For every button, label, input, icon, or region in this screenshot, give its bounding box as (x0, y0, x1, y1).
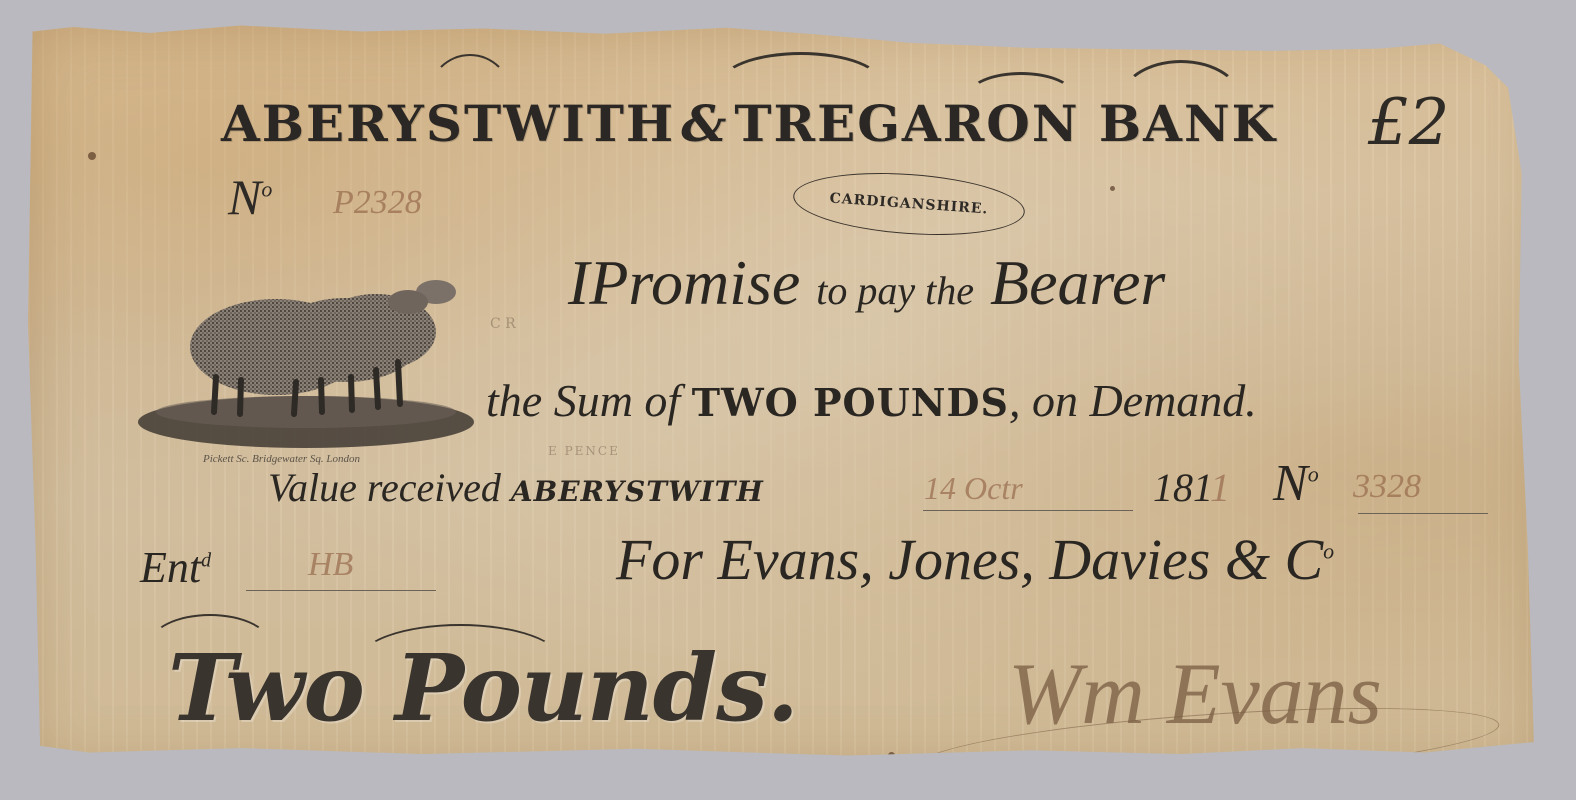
stain (888, 752, 895, 759)
promise-line: IPromise to pay the Bearer (568, 246, 1165, 320)
sheep-vignette (136, 262, 476, 452)
bank-name: ABERYSTWITH&TREGARON BANK (221, 94, 1277, 153)
entered-label: Entd (140, 542, 211, 593)
sum-suffix: , on Demand. (1009, 375, 1257, 426)
promise-prefix: I (568, 247, 589, 318)
value-received-line: Value received ABERYSTWITH (268, 464, 764, 511)
promise-rest: to pay the (816, 268, 974, 313)
value-place: ABERYSTWITH (511, 475, 764, 508)
stain (1513, 104, 1522, 113)
entered-initials: HB (308, 546, 353, 584)
stain (88, 152, 96, 160)
serial-label: No (228, 168, 272, 226)
promise-bearer: Bearer (990, 247, 1165, 318)
value-prefix: Value received (268, 465, 501, 510)
sum-prefix: the Sum of (486, 375, 680, 426)
issue-year: 1811 (1153, 464, 1230, 511)
denomination: £2 (1368, 86, 1449, 160)
banknote: ABERYSTWITH&TREGARON BANK £2 CARDIGANSHI… (28, 24, 1546, 772)
ampersand: & (681, 94, 728, 153)
sum-line: the Sum of TWO POUNDS, on Demand. (486, 374, 1257, 427)
county-cartouche: CARDIGANSHIRE. (791, 166, 1027, 242)
number-handwritten-2: 3328 (1353, 468, 1421, 506)
bank-name-part2: TREGARON BANK (734, 94, 1277, 153)
number-label-2: No (1273, 454, 1319, 513)
watermark-faint-2: E PENCE (548, 444, 620, 458)
ornamental-amount: Two Pounds. (168, 634, 798, 742)
county-name: CARDIGANSHIRE. (829, 190, 989, 217)
issue-date: 14 Octr (924, 470, 1023, 507)
bank-name-part1: ABERYSTWITH (221, 94, 675, 153)
sum-amount: TWO POUNDS (692, 380, 1009, 425)
firm-line: For Evans, Jones, Davies & Co (616, 526, 1334, 593)
number-rule (1358, 513, 1488, 514)
sheep-icon (136, 262, 476, 452)
date-rule (923, 510, 1133, 511)
entered-rule (246, 590, 436, 591)
serial-number: P2328 (333, 184, 422, 222)
stain (1110, 186, 1115, 191)
watermark-faint: C R (490, 316, 516, 332)
promise-word: Promise (589, 247, 800, 318)
